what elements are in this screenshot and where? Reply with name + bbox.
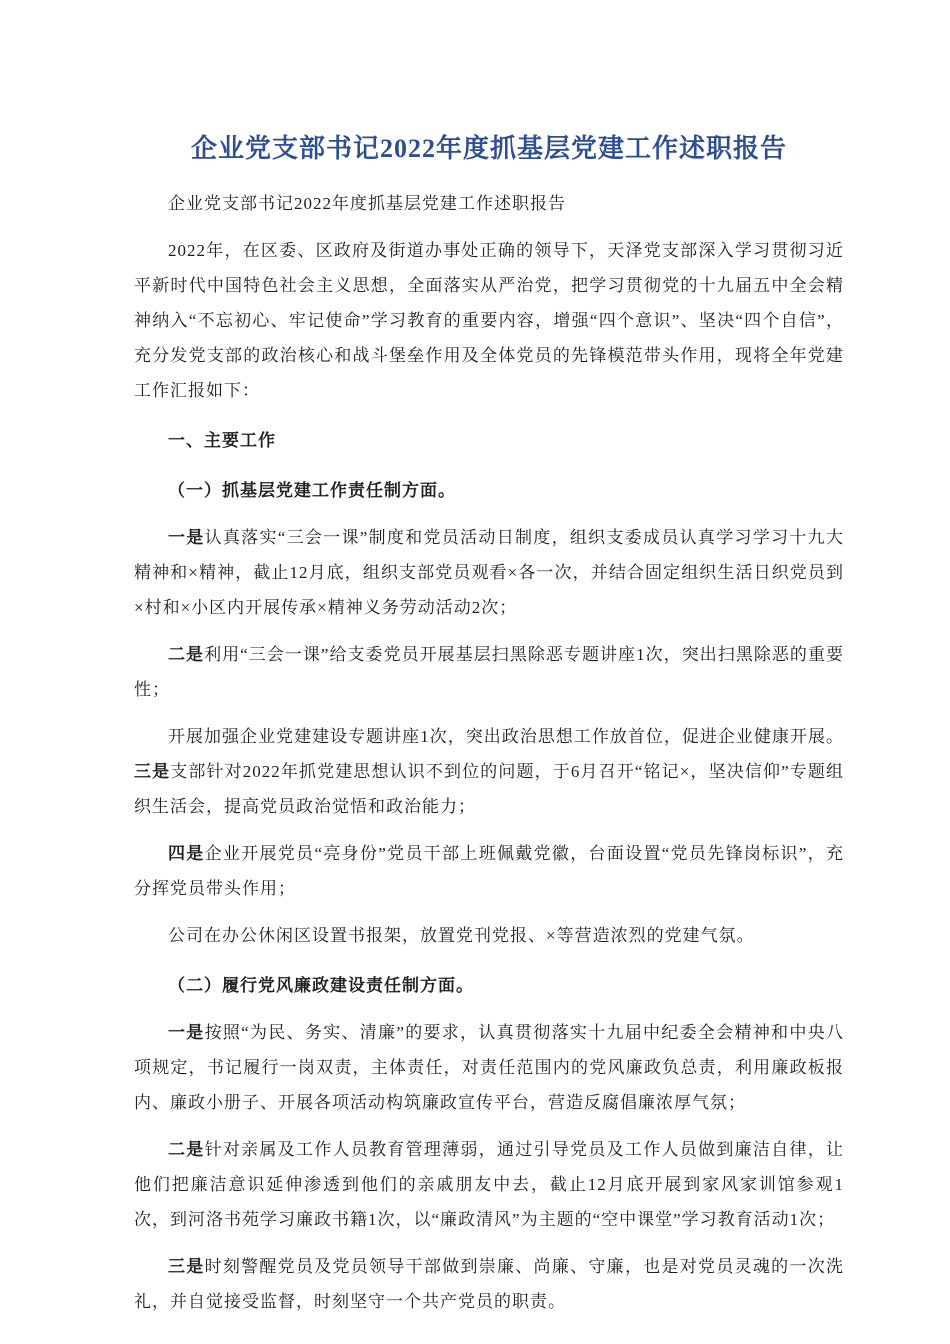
paragraph: 企业党支部书记2022年度抓基层党建工作述职报告 (134, 186, 844, 221)
text-run: （二）履行党风廉政建设责任制方面。 (168, 976, 474, 995)
bold-run: 一是 (168, 1023, 205, 1042)
text-run: 2022年，在区委、区政府及街道办事处正确的领导下，天泽党支部深入学习贯彻习近平… (134, 241, 844, 400)
section-heading: （一）抓基层党建工作责任制方面。 (134, 473, 844, 508)
paragraph: 一是认真落实“三会一课”制度和党员活动日制度，组织支委成员认真学习学习十九大精神… (134, 520, 844, 625)
text-run: 企业党支部书记2022年度抓基层党建工作述职报告 (168, 194, 566, 213)
section-heading: （二）履行党风廉政建设责任制方面。 (134, 968, 844, 1003)
bold-run: 四是 (168, 844, 205, 863)
text-run: 认真落实“三会一课”制度和党员活动日制度，组织支委成员认真学习学习十九大精神和×… (134, 528, 844, 617)
bold-run: 二是 (168, 645, 204, 664)
paragraph: 一是按照“为民、务实、清廉”的要求，认真贯彻落实十九届中纪委全会精神和中央八项规… (134, 1015, 844, 1120)
text-run: 开展加强企业党建建设专题讲座1次，突出政治思想工作放首位，促进企业健康开展。 (168, 727, 844, 746)
paragraph: 公司在办公休闲区设置书报架，放置党刊党报、×等营造浓烈的党建气氛。 (134, 918, 844, 953)
text-run: 按照“为民、务实、清廉”的要求，认真贯彻落实十九届中纪委全会精神和中央八项规定，… (134, 1023, 844, 1112)
text-run: 针对亲属及工作人员教育管理薄弱，通过引导党员及工作人员做到廉洁自律，让他们把廉洁… (134, 1140, 844, 1229)
paragraph: 四是企业开展党员“亮身份”党员干部上班佩戴党徽，台面设置“党员先锋岗标识”，充分… (134, 836, 844, 906)
bold-run: 三是 (168, 1257, 205, 1276)
text-run: 支部针对2022年抓党建思想认识不到位的问题，于6月召开“铭记×，坚决信仰”专题… (134, 762, 844, 816)
paragraph: 二是利用“三会一课”给支委党员开展基层扫黑除恶专题讲座1次，突出扫黑除恶的重要性… (134, 637, 844, 707)
text-run: 公司在办公休闲区设置书报架，放置党刊党报、×等营造浓烈的党建气氛。 (168, 926, 755, 945)
text-run: 企业开展党员“亮身份”党员干部上班佩戴党徽，台面设置“党员先锋岗标识”，充分挥党… (134, 844, 844, 898)
document-body: 企业党支部书记2022年度抓基层党建工作述职报告2022年，在区委、区政府及街道… (134, 186, 844, 1319)
document-title: 企业党支部书记2022年度抓基层党建工作述职报告 (134, 132, 844, 166)
text-run: （一）抓基层党建工作责任制方面。 (168, 481, 456, 500)
paragraph: 二是针对亲属及工作人员教育管理薄弱，通过引导党员及工作人员做到廉洁自律，让他们把… (134, 1132, 844, 1237)
bold-run: 二是 (168, 1140, 205, 1159)
document-page: 企业党支部书记2022年度抓基层党建工作述职报告 企业党支部书记2022年度抓基… (0, 0, 950, 1344)
paragraph: 2022年，在区委、区政府及街道办事处正确的领导下，天泽党支部深入学习贯彻习近平… (134, 233, 844, 408)
text-run: 利用“三会一课”给支委党员开展基层扫黑除恶专题讲座1次，突出扫黑除恶的重要性； (134, 645, 844, 699)
bold-run: 一是 (168, 528, 205, 547)
text-run: 一、主要工作 (168, 431, 276, 450)
section-heading: 一、主要工作 (134, 423, 844, 458)
paragraph: 三是时刻警醒党员及党员领导干部做到崇廉、尚廉、守廉，也是对党员灵魂的一次洗礼，并… (134, 1249, 844, 1319)
bold-run: 三是 (134, 762, 170, 781)
paragraph: 开展加强企业党建建设专题讲座1次，突出政治思想工作放首位，促进企业健康开展。三是… (134, 719, 844, 824)
text-run: 时刻警醒党员及党员领导干部做到崇廉、尚廉、守廉，也是对党员灵魂的一次洗礼，并自觉… (134, 1257, 844, 1311)
